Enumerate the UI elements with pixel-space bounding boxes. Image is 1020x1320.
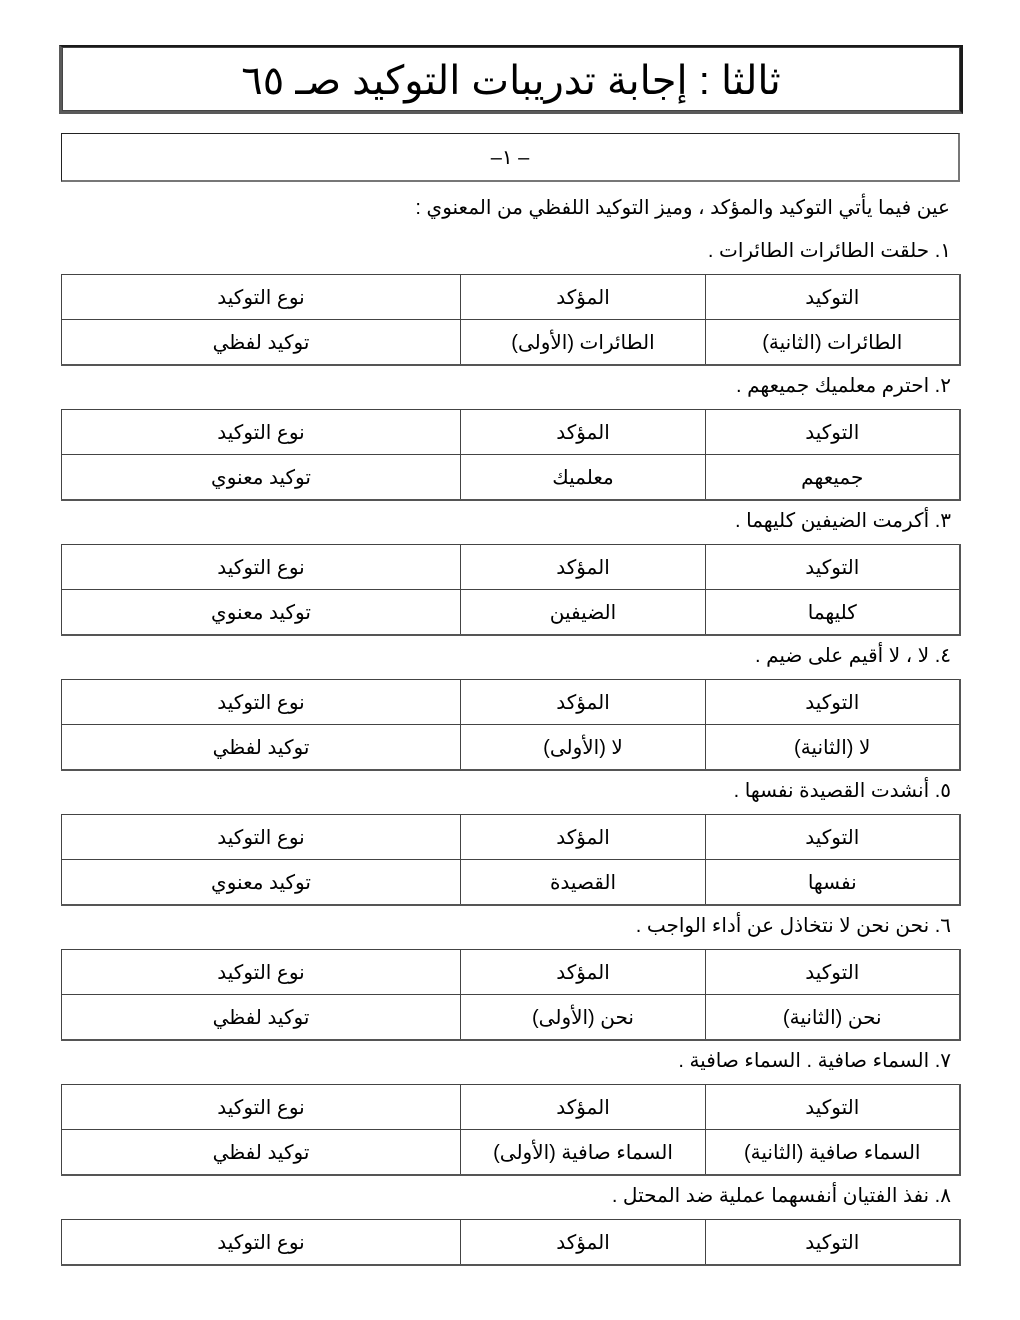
answer-table: التوكيد المؤكد نوع التوكيد جميعهم معلميك… (61, 409, 961, 501)
cell-emphasis: جميعهم (706, 455, 960, 501)
table-row: الطائرات (الثانية) الطائرات (الأولى) توك… (62, 320, 960, 366)
table-header-row: التوكيد المؤكد نوع التوكيد (62, 815, 960, 860)
cell-emphasized: القصيدة (461, 860, 706, 906)
table-header-row: التوكيد المؤكد نوع التوكيد (62, 410, 960, 455)
table-header-row: التوكيد المؤكد نوع التوكيد (62, 950, 960, 995)
answer-table: التوكيد المؤكد نوع التوكيد كليهما الضيفي… (61, 544, 961, 636)
header-emphasized: المؤكد (461, 950, 706, 995)
table-header-row: التوكيد المؤكد نوع التوكيد (62, 680, 960, 725)
table-row: جميعهم معلميك توكيد معنوي (62, 455, 960, 501)
header-emphasis: التوكيد (706, 545, 960, 590)
header-emphasized: المؤكد (461, 1085, 706, 1130)
cell-type: توكيد لفظي (62, 1130, 461, 1176)
cell-type: توكيد معنوي (62, 860, 461, 906)
section-number-box: – ١– (61, 133, 960, 182)
answer-table: التوكيد المؤكد نوع التوكيد نفسها القصيدة… (61, 814, 961, 906)
header-emphasized: المؤكد (461, 815, 706, 860)
cell-emphasized: الطائرات (الأولى) (461, 320, 706, 366)
exercise-sentence: ٢. احترم معلميك جميعهم . (736, 373, 951, 398)
cell-emphasized: السماء صافية (الأولى) (461, 1130, 706, 1176)
cell-emphasized: نحن (الأولى) (461, 995, 706, 1041)
title-box: ثالثا : إجابة تدريبات التوكيد صـ ٦٥ (59, 45, 963, 114)
header-type: نوع التوكيد (62, 275, 461, 320)
header-type: نوع التوكيد (62, 1220, 461, 1266)
cell-emphasis: السماء صافية (الثانية) (706, 1130, 960, 1176)
answer-table: التوكيد المؤكد نوع التوكيد الطائرات (الث… (61, 274, 961, 366)
header-type: نوع التوكيد (62, 815, 461, 860)
header-emphasized: المؤكد (461, 275, 706, 320)
cell-emphasis: الطائرات (الثانية) (706, 320, 960, 366)
table-header-row: التوكيد المؤكد نوع التوكيد (62, 1085, 960, 1130)
header-type: نوع التوكيد (62, 1085, 461, 1130)
table-row: لا (الثانية) لا (الأولى) توكيد لفظي (62, 725, 960, 771)
instruction-text: عين فيما يأتي التوكيد والمؤكد ، وميز الت… (415, 195, 950, 220)
header-emphasis: التوكيد (706, 410, 960, 455)
cell-emphasis: لا (الثانية) (706, 725, 960, 771)
page-title: ثالثا : إجابة تدريبات التوكيد صـ ٦٥ (241, 57, 780, 101)
exercise-sentence: ٦. نحن نحن لا نتخاذل عن أداء الواجب . (636, 913, 951, 938)
cell-type: توكيد معنوي (62, 590, 461, 636)
header-type: نوع التوكيد (62, 950, 461, 995)
exercise-sentence: ١. حلقت الطائرات الطائرات . (708, 238, 951, 263)
table-row: نفسها القصيدة توكيد معنوي (62, 860, 960, 906)
cell-type: توكيد لفظي (62, 995, 461, 1041)
header-emphasized: المؤكد (461, 680, 706, 725)
exercise-sentence: ٨. نفذ الفتيان أنفسهما عملية ضد المحتل . (612, 1183, 951, 1208)
cell-emphasized: لا (الأولى) (461, 725, 706, 771)
header-emphasis: التوكيد (706, 1085, 960, 1130)
table-header-row: التوكيد المؤكد نوع التوكيد (62, 275, 960, 320)
answer-table: التوكيد المؤكد نوع التوكيد نحن (الثانية)… (61, 949, 961, 1041)
header-emphasis: التوكيد (706, 950, 960, 995)
header-emphasized: المؤكد (461, 410, 706, 455)
header-type: نوع التوكيد (62, 410, 461, 455)
table-row: كليهما الضيفين توكيد معنوي (62, 590, 960, 636)
document-page: ثالثا : إجابة تدريبات التوكيد صـ ٦٥ – ١–… (0, 0, 1020, 1320)
cell-emphasis: نفسها (706, 860, 960, 906)
header-emphasis: التوكيد (706, 275, 960, 320)
table-row: نحن (الثانية) نحن (الأولى) توكيد لفظي (62, 995, 960, 1041)
cell-emphasis: كليهما (706, 590, 960, 636)
cell-type: توكيد لفظي (62, 725, 461, 771)
cell-type: توكيد لفظي (62, 320, 461, 366)
table-row: السماء صافية (الثانية) السماء صافية (الأ… (62, 1130, 960, 1176)
header-type: نوع التوكيد (62, 545, 461, 590)
answer-table: التوكيد المؤكد نوع التوكيد (61, 1219, 961, 1266)
section-number: – ١– (491, 145, 530, 170)
table-header-row: التوكيد المؤكد نوع التوكيد (62, 545, 960, 590)
header-emphasized: المؤكد (461, 545, 706, 590)
cell-emphasized: معلميك (461, 455, 706, 501)
exercise-sentence: ٤. لا ، لا أقيم على ضيم . (755, 643, 951, 668)
exercise-sentence: ٧. السماء صافية . السماء صافية . (678, 1048, 951, 1073)
header-emphasis: التوكيد (706, 680, 960, 725)
answer-table: التوكيد المؤكد نوع التوكيد السماء صافية … (61, 1084, 961, 1176)
header-emphasized: المؤكد (461, 1220, 706, 1266)
header-type: نوع التوكيد (62, 680, 461, 725)
exercise-sentence: ٥. أنشدت القصيدة نفسها . (734, 778, 951, 803)
cell-emphasized: الضيفين (461, 590, 706, 636)
cell-emphasis: نحن (الثانية) (706, 995, 960, 1041)
exercise-sentence: ٣. أكرمت الضيفين كليهما . (735, 508, 951, 533)
table-header-row: التوكيد المؤكد نوع التوكيد (62, 1220, 960, 1266)
cell-type: توكيد معنوي (62, 455, 461, 501)
answer-table: التوكيد المؤكد نوع التوكيد لا (الثانية) … (61, 679, 961, 771)
header-emphasis: التوكيد (706, 815, 960, 860)
header-emphasis: التوكيد (706, 1220, 960, 1266)
